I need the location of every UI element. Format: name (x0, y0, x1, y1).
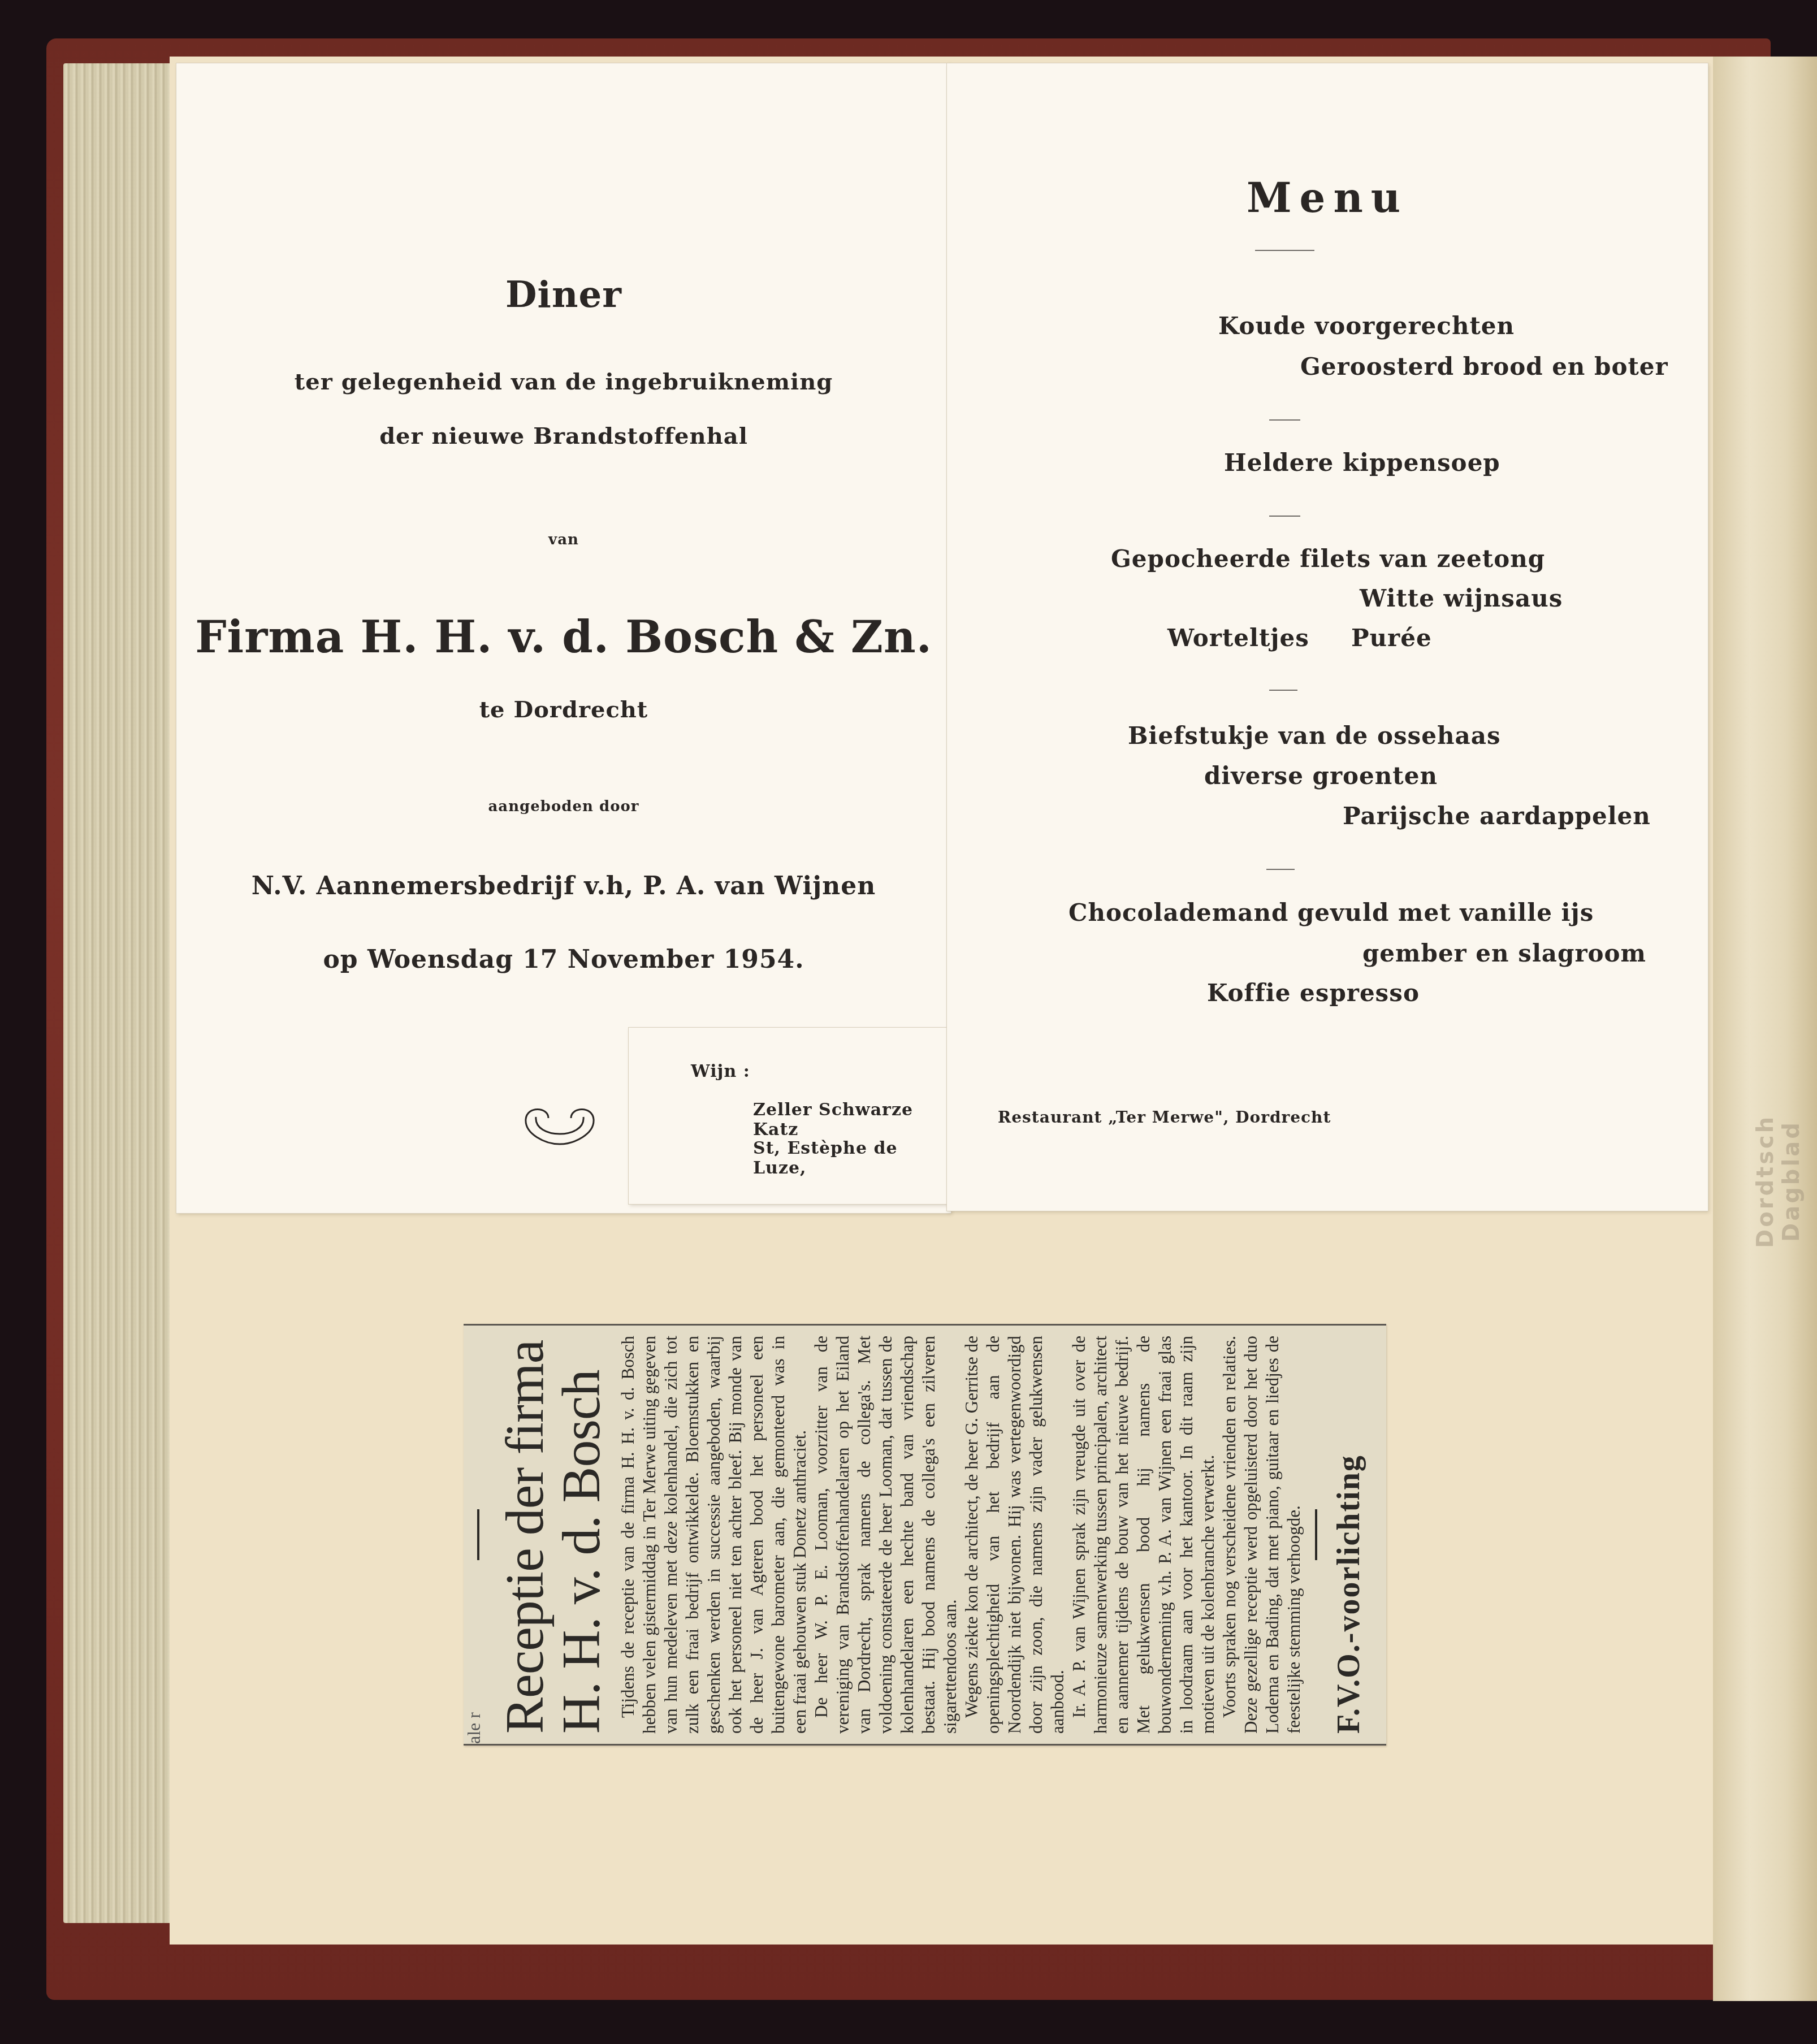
firm-place: te Dordrecht (176, 696, 951, 723)
occasion-line-2: der nieuwe Brandstoffenhal (176, 423, 951, 449)
menu-item: gember en slagroom (1362, 939, 1646, 967)
menu-item: Gepocheerde filets van zeetong (1111, 545, 1545, 573)
next-article-headline-fragment: F.V.O.-voorlichting (1331, 1336, 1367, 1734)
clipping-paragraph: Ir. A. P. van Wijnen sprak zijn vreugde … (1068, 1336, 1219, 1734)
menu-divider (1269, 516, 1300, 517)
menu-title: Menu (947, 174, 1708, 222)
wine-card: Wijn : Zeller Schwarze Katz St, Estèphe … (629, 1028, 950, 1204)
facing-page-gutter (1713, 57, 1817, 2001)
menu-item: diverse groenten (1204, 762, 1438, 790)
menu-item: Geroosterd brood en boter (1300, 353, 1668, 380)
menu-item: Witte wijnsaus (1360, 584, 1563, 612)
menu-item: Biefstukje van de ossehaas (1128, 722, 1501, 750)
clipping-body: Tijdens de receptie van de firma H. H. v… (617, 1336, 1305, 1734)
menu-divider (1266, 869, 1295, 870)
restaurant-credit: Restaurant „Ter Merwe", Dordrecht (998, 1108, 1331, 1127)
clipping-top-fragment: ale r (464, 1712, 484, 1744)
menu-item: Purée (1351, 624, 1432, 652)
clipping-paragraph: Wegens ziekte kon de architect, de heer … (961, 1336, 1068, 1734)
menu-item: Chocolademand gevuld met vanille ijs (1068, 899, 1594, 926)
page-block-edges (63, 63, 176, 1923)
clipping-paragraph: De heer W. P. E. Looman, voorzitter van … (811, 1336, 961, 1734)
clipping-paragraph: Tijdens de receptie van de firma H. H. v… (617, 1336, 811, 1734)
menu-item: Koude voorgerechten (1218, 312, 1515, 340)
clipping-rule (477, 1509, 479, 1560)
clipping-headline: Receptie der firma H. H. v. d. Bosch (496, 1336, 609, 1734)
offered-by-label: aangeboden door (176, 798, 951, 815)
wine-item: Zeller Schwarze Katz (753, 1100, 950, 1140)
wine-title: Wijn : (691, 1062, 750, 1081)
clipping-paragraph: Voorts spraken nog verscheidene vrienden… (1219, 1336, 1305, 1734)
clipping-rule (1315, 1509, 1317, 1560)
event-date: op Woensdag 17 November 1954. (176, 945, 951, 974)
occasion-line-1: ter gelegenheid van de ingebruikneming (176, 369, 951, 395)
menu-divider (1269, 690, 1297, 691)
wine-item: St, Estèphe de Luze, (753, 1138, 950, 1178)
host-name: N.V. Aannemersbedrijf v.h, P. A. van Wij… (176, 872, 951, 900)
menu-item: Heldere kippensoep (1224, 449, 1500, 477)
menu-divider (1269, 419, 1300, 421)
menu-item: Worteltjes (1167, 624, 1309, 652)
scroll-ornament-icon (522, 1102, 597, 1147)
spine-label: Dordtsch Dagblad (1753, 1085, 1786, 1277)
menu-card: Menu Koude voorgerechtenGeroosterd brood… (947, 63, 1708, 1211)
newspaper-clipping: ale r Receptie der firma H. H. v. d. Bos… (464, 1324, 1386, 1746)
van-label: van (176, 531, 951, 548)
firm-name: Firma H. H. v. d. Bosch & Zn. (176, 612, 951, 663)
menu-divider (1255, 250, 1314, 251)
clipping-content: ale r Receptie der firma H. H. v. d. Bos… (464, 1326, 1386, 1744)
menu-item: Parijsche aardappelen (1343, 802, 1651, 830)
menu-item: Koffie espresso (1207, 979, 1420, 1007)
diner-title: Diner (176, 274, 951, 316)
